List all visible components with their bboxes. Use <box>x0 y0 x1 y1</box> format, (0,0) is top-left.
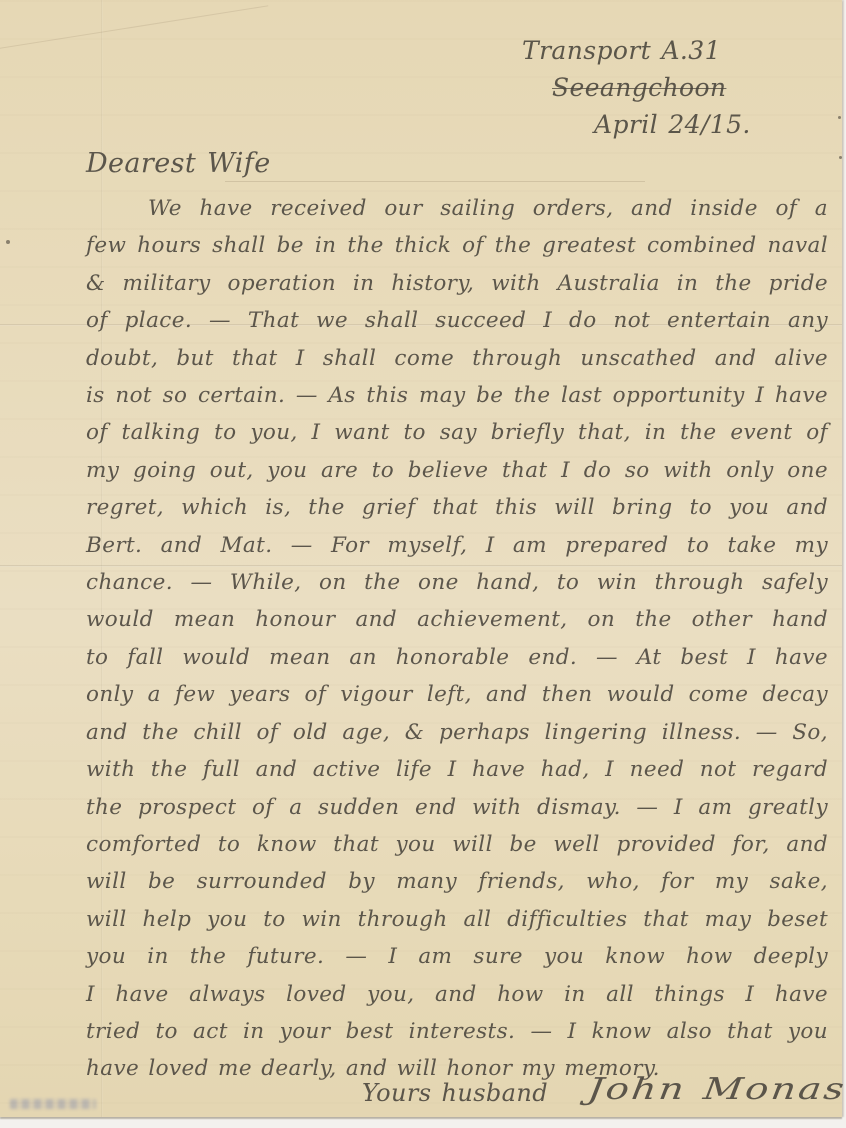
letter-line: and the chill of old age, & perhaps ling… <box>86 714 828 751</box>
letter-line: chance. — While, on the one hand, to win… <box>86 564 828 601</box>
header-date-line: April 24/15. <box>594 106 751 143</box>
letter-line: my going out, you are to believe that I … <box>86 452 828 489</box>
letter-line: few hours shall be in the thick of the g… <box>86 227 828 264</box>
letter-line: only a few years of vigour left, and the… <box>86 676 828 713</box>
letter-line: will help you to win through all difficu… <box>86 901 828 938</box>
letter-line: & military operation in history, with Au… <box>86 265 828 302</box>
letter-line: will be surrounded by many friends, who,… <box>86 863 828 900</box>
letter-line: comforted to know that you will be well … <box>86 826 828 863</box>
paper-speck <box>6 240 10 244</box>
letter-line: to fall would mean an honorable end. — A… <box>86 639 828 676</box>
paper-speck <box>838 116 841 119</box>
letter-line: with the full and active life I have had… <box>86 751 828 788</box>
header-ship-name-struck: Seeangchoon <box>552 69 751 106</box>
letter-line: regret, which is, the grief that this wi… <box>86 489 828 526</box>
signature: John Monash. <box>586 1072 846 1107</box>
letter-line: would mean honour and achievement, on th… <box>86 601 828 638</box>
letter-line: Bert. and Mat. — For myself, I am prepar… <box>86 527 828 564</box>
closing-valediction: Yours husband <box>362 1079 548 1107</box>
letter-line: is not so certain. — As this may be the … <box>86 377 828 414</box>
letter-line: I have always loved you, and how in all … <box>86 976 828 1013</box>
letter-line: doubt, but that I shall come through uns… <box>86 340 828 377</box>
letter-line: the prospect of a sudden end with dismay… <box>86 789 828 826</box>
paper-speck <box>839 156 842 159</box>
faint-blue-stamp <box>10 1099 96 1109</box>
header-transport-line: Transport A.31 <box>522 32 751 69</box>
letter-paper: Transport A.31 Seeangchoon April 24/15. … <box>0 0 842 1117</box>
letter-body: We have received our sailing orders, and… <box>86 190 828 1088</box>
letter-line: of talking to you, I want to say briefly… <box>86 414 828 451</box>
scanned-letter-page: Transport A.31 Seeangchoon April 24/15. … <box>0 0 846 1128</box>
faint-rule-line <box>225 181 645 182</box>
letter-header: Transport A.31 Seeangchoon April 24/15. <box>522 32 751 143</box>
letter-line: We have received our sailing orders, and… <box>86 190 828 227</box>
letter-line: of place. — That we shall succeed I do n… <box>86 302 828 339</box>
letter-line: tried to act in your best interests. — I… <box>86 1013 828 1050</box>
salutation: Dearest Wife <box>86 148 271 179</box>
diagonal-corner-crease <box>0 5 268 51</box>
letter-line: you in the future. — I am sure you know … <box>86 938 828 975</box>
